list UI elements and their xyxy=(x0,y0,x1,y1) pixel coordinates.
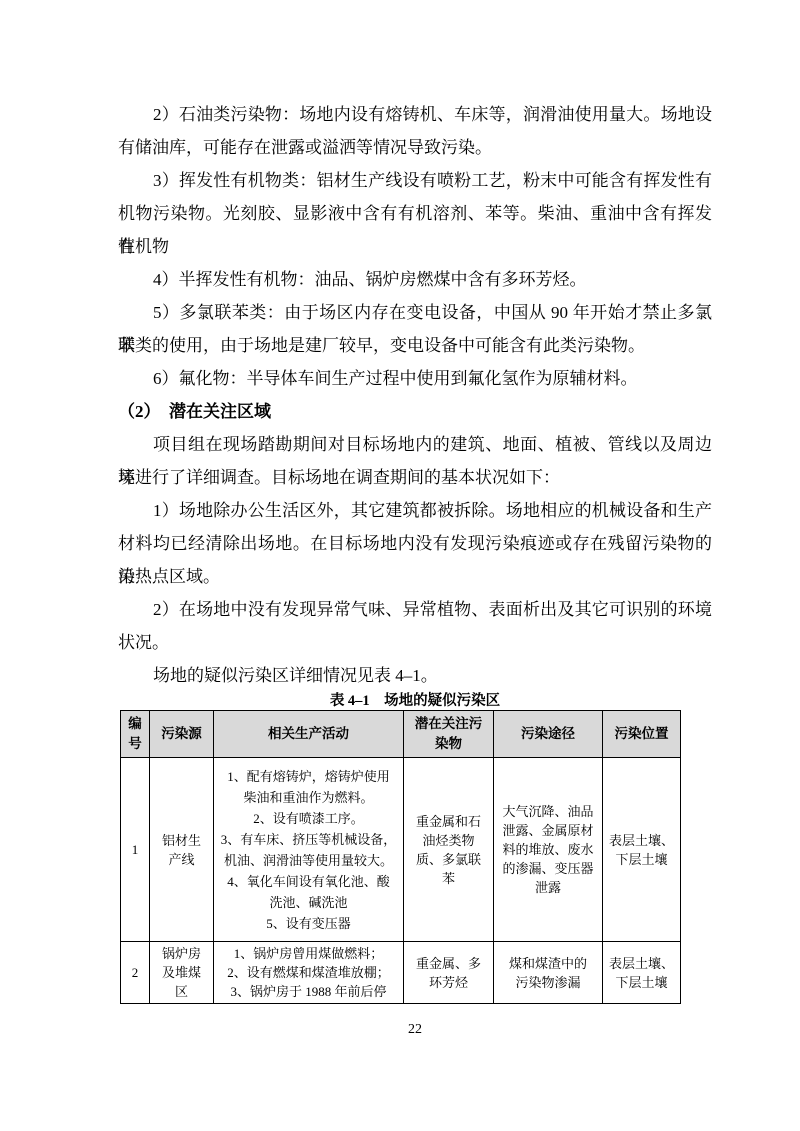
col-header-pollutants: 潜在关注污 染物 xyxy=(404,711,494,758)
paragraph-line: 6）氟化物：半导体车间生产过程中使用到氟化氢作为原辅材料。 xyxy=(118,362,712,395)
table-row: 2 锅炉房 及堆煤 区 1、锅炉房曾用煤做燃料； 2、设有燃煤和煤渣堆放棚； 3… xyxy=(121,942,681,1004)
paragraph-line: 材料均已经清除出场地。在目标场地内没有发现污染痕迹或存在残留污染物的污 xyxy=(118,527,712,560)
cell-location: 表层土壤、 下层土壤 xyxy=(603,942,681,1004)
table-title: 表 4–1 场地的疑似污染区 xyxy=(118,689,712,710)
col-header-location: 污染位置 xyxy=(603,711,681,758)
paragraph-line: 有机物 xyxy=(118,230,712,263)
cell-number: 2 xyxy=(121,942,150,1004)
section-heading: （2） 潜在关注区域 xyxy=(118,395,712,428)
cell-source: 铝材生 产线 xyxy=(150,758,214,942)
paragraph-line: 苯类的使用，由于场地是建厂较早，变电设备中可能含有此类污染物。 xyxy=(118,329,712,362)
cell-pathways: 煤和煤渣中的 污染物渗漏 xyxy=(494,942,603,1004)
paragraph-line: 机物污染物。光刻胶、显影液中含有有机溶剂、苯等。柴油、重油中含有挥发性 xyxy=(118,197,712,230)
table-header-row: 编 号 污染源 相关生产活动 潜在关注污 染物 污染途径 污染位置 xyxy=(121,711,681,758)
page-number: 22 xyxy=(118,1022,712,1038)
table-row: 1 铝材生 产线 1、配有熔铸炉，熔铸炉使用 柴油和重油作为燃料。 2、设有喷漆… xyxy=(121,758,681,942)
cell-activities: 1、锅炉房曾用煤做燃料； 2、设有燃煤和煤渣堆放棚； 3、锅炉房于 1988 年… xyxy=(214,942,404,1004)
paragraph-line: 场地的疑似污染区详细情况见表 4–1。 xyxy=(118,659,712,692)
cell-pathways: 大气沉降、油品 泄露、金属原材 料的堆放、废水 的渗漏、变压器 泄露 xyxy=(494,758,603,942)
paragraph-line: 4）半挥发性有机物：油品、锅炉房燃煤中含有多环芳烃。 xyxy=(118,263,712,296)
cell-pollutants: 重金属和石 油烃类物 质、多氯联 苯 xyxy=(404,758,494,942)
body-text: 2）石油类污染物：场地内设有熔铸机、车床等，润滑油使用量大。场地设 有储油库，可… xyxy=(118,98,712,692)
document-page: 2）石油类污染物：场地内设有熔铸机、车床等，润滑油使用量大。场地设 有储油库，可… xyxy=(0,0,800,1131)
col-header-number: 编 号 xyxy=(121,711,150,758)
suspected-pollution-table: 编 号 污染源 相关生产活动 潜在关注污 染物 污染途径 污染位置 1 铝材生 … xyxy=(120,710,681,1004)
paragraph-line: 项目组在现场踏勘期间对目标场地内的建筑、地面、植被、管线以及周边环 xyxy=(118,428,712,461)
cell-pollutants: 重金属、多 环芳烃 xyxy=(404,942,494,1004)
paragraph-line: 状况。 xyxy=(118,626,712,659)
cell-number: 1 xyxy=(121,758,150,942)
paragraph-line: 5）多氯联苯类：由于场区内存在变电设备，中国从 90 年开始才禁止多氯联 xyxy=(118,296,712,329)
col-header-pathways: 污染途径 xyxy=(494,711,603,758)
paragraph-line: 境进行了详细调查。目标场地在调查期间的基本状况如下： xyxy=(118,461,712,494)
col-header-source: 污染源 xyxy=(150,711,214,758)
paragraph-line: 3）挥发性有机物类：铝材生产线设有喷粉工艺，粉末中可能含有挥发性有 xyxy=(118,164,712,197)
cell-location: 表层土壤、 下层土壤 xyxy=(603,758,681,942)
paragraph-line: 染热点区域。 xyxy=(118,560,712,593)
paragraph-line: 1）场地除办公生活区外，其它建筑都被拆除。场地相应的机械设备和生产 xyxy=(118,494,712,527)
paragraph-line: 2）石油类污染物：场地内设有熔铸机、车床等，润滑油使用量大。场地设 xyxy=(118,98,712,131)
paragraph-line: 有储油库，可能存在泄露或溢洒等情况导致污染。 xyxy=(118,131,712,164)
cell-activities: 1、配有熔铸炉，熔铸炉使用 柴油和重油作为燃料。 2、设有喷漆工序。 3、有车床… xyxy=(214,758,404,942)
cell-source: 锅炉房 及堆煤 区 xyxy=(150,942,214,1004)
col-header-activities: 相关生产活动 xyxy=(214,711,404,758)
paragraph-line: 2）在场地中没有发现异常气味、异常植物、表面析出及其它可识别的环境 xyxy=(118,593,712,626)
